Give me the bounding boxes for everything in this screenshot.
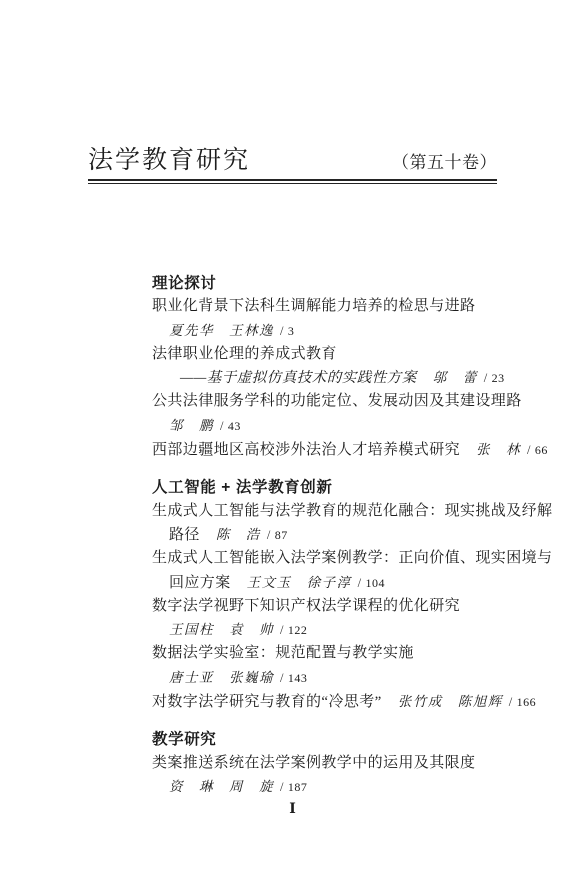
article-title-text: 法律职业伦理的养成式教育: [152, 346, 337, 362]
folio-page-number: Ⅰ: [0, 801, 585, 818]
article-title-cont-line: 路径陈 浩/87: [152, 523, 545, 547]
article-page-number: 87: [275, 528, 288, 542]
page-separator: /: [267, 528, 271, 542]
article-title-continuation: 路径: [169, 527, 200, 543]
page-separator: /: [280, 623, 284, 637]
article-title: 类案推送系统在法学案例教学中的运用及其限度: [152, 752, 545, 775]
page-separator: /: [220, 419, 224, 433]
toc-section-theory: 理论探讨 职业化背景下法科生调解能力培养的检思与进路 夏先华 王林逸/3 法律职…: [152, 272, 545, 462]
toc-section-teaching: 教学研究 类案推送系统在法学案例教学中的运用及其限度 资 琳 周 旋/187: [152, 728, 545, 799]
page-separator: /: [280, 671, 284, 685]
article-authors: 张 林: [476, 442, 521, 457]
article-title-text: 对数字法学研究与教育的“冷思考”: [152, 694, 382, 710]
article-title-inline: 西部边疆地区高校涉外法治人才培养模式研究张 林/66: [152, 438, 545, 462]
article-authors: 邹 鹏: [169, 418, 214, 433]
journal-title: 法学教育研究: [88, 140, 250, 176]
article-authors: 陈 浩: [216, 527, 261, 542]
article-title-inline: 对数字法学研究与教育的“冷思考”张竹成 陈旭辉/166: [152, 690, 545, 714]
article-authors: 邬 蕾: [433, 370, 478, 385]
section-heading: 理论探讨: [152, 272, 545, 295]
article-title: 数据法学实验室：规范配置与教学实施: [152, 642, 545, 665]
article-authors: 张竹成 陈旭辉: [398, 694, 503, 709]
article-page-number: 143: [288, 671, 308, 685]
article-authors: 唐士亚 张巍瑜: [169, 670, 274, 685]
masthead-double-rule: [88, 179, 497, 184]
article-subtitle-line: ——基于虚拟仿真技术的实践性方案邬 蕾/23: [152, 366, 545, 390]
article-subtitle: ——基于虚拟仿真技术的实践性方案: [180, 370, 417, 386]
page-separator: /: [527, 443, 531, 457]
section-heading: 教学研究: [152, 728, 545, 751]
article-title: 生成式人工智能嵌入法学案例教学：正向价值、现实困境与: [152, 547, 545, 570]
article-page-number: 166: [517, 695, 537, 709]
article-title-text: 西部边疆地区高校涉外法治人才培养模式研究: [152, 442, 460, 458]
volume-label: （第五十卷）: [392, 148, 497, 173]
article-authors: 王国柱 袁 帅: [169, 622, 274, 637]
article-title-text: 职业化背景下法科生调解能力培养的检思与进路: [152, 298, 475, 314]
article-page-number: 66: [535, 443, 548, 457]
page-separator: /: [484, 371, 488, 385]
article-authors-line: 唐士亚 张巍瑜/143: [152, 666, 545, 690]
article-title-text: 数字法学视野下知识产权法学课程的优化研究: [152, 598, 460, 614]
article-page-number: 43: [228, 419, 241, 433]
article-title: 数字法学视野下知识产权法学课程的优化研究: [152, 595, 545, 618]
article-authors-line: 王国柱 袁 帅/122: [152, 618, 545, 642]
article-title-text: 公共法律服务学科的功能定位、发展动因及其建设理路: [152, 393, 522, 409]
table-of-contents: 理论探讨 职业化背景下法科生调解能力培养的检思与进路 夏先华 王林逸/3 法律职…: [152, 272, 545, 799]
article-title: 法律职业伦理的养成式教育: [152, 343, 545, 366]
page-separator: /: [509, 695, 513, 709]
article-authors: 夏先华 王林逸: [169, 323, 274, 338]
article-title-continuation: 回应方案: [169, 575, 231, 591]
article-page-number: 23: [492, 371, 505, 385]
article-title-text: 生成式人工智能嵌入法学案例教学：正向价值、现实困境与: [152, 550, 552, 566]
article-page-number: 122: [288, 623, 308, 637]
section-heading: 人工智能 + 法学教育创新: [152, 476, 545, 499]
article-authors-line: 夏先华 王林逸/3: [152, 319, 545, 343]
article-authors: 王文玉 徐子淳: [247, 575, 352, 590]
page-separator: /: [280, 780, 284, 794]
article-page-number: 3: [288, 324, 295, 338]
article-title-text: 数据法学实验室：规范配置与教学实施: [152, 645, 414, 661]
article-title-cont-line: 回应方案王文玉 徐子淳/104: [152, 571, 545, 595]
toc-section-ai-innovation: 人工智能 + 法学教育创新 生成式人工智能与法学教育的规范化融合：现实挑战及纾解…: [152, 476, 545, 714]
article-page-number: 187: [288, 780, 308, 794]
article-title: 职业化背景下法科生调解能力培养的检思与进路: [152, 295, 545, 318]
masthead: 法学教育研究 （第五十卷）: [88, 140, 497, 176]
page-separator: /: [280, 324, 284, 338]
page-separator: /: [358, 576, 362, 590]
article-authors-line: 邹 鹏/43: [152, 414, 545, 438]
article-title: 生成式人工智能与法学教育的规范化融合：现实挑战及纾解: [152, 500, 545, 523]
article-title-text: 生成式人工智能与法学教育的规范化融合：现实挑战及纾解: [152, 503, 552, 519]
journal-toc-page: 法学教育研究 （第五十卷） 理论探讨 职业化背景下法科生调解能力培养的检思与进路…: [0, 0, 585, 869]
article-authors: 资 琳 周 旋: [169, 779, 274, 794]
article-authors-line: 资 琳 周 旋/187: [152, 775, 545, 799]
article-page-number: 104: [365, 576, 385, 590]
article-title: 公共法律服务学科的功能定位、发展动因及其建设理路: [152, 390, 545, 413]
article-title-text: 类案推送系统在法学案例教学中的运用及其限度: [152, 755, 475, 771]
